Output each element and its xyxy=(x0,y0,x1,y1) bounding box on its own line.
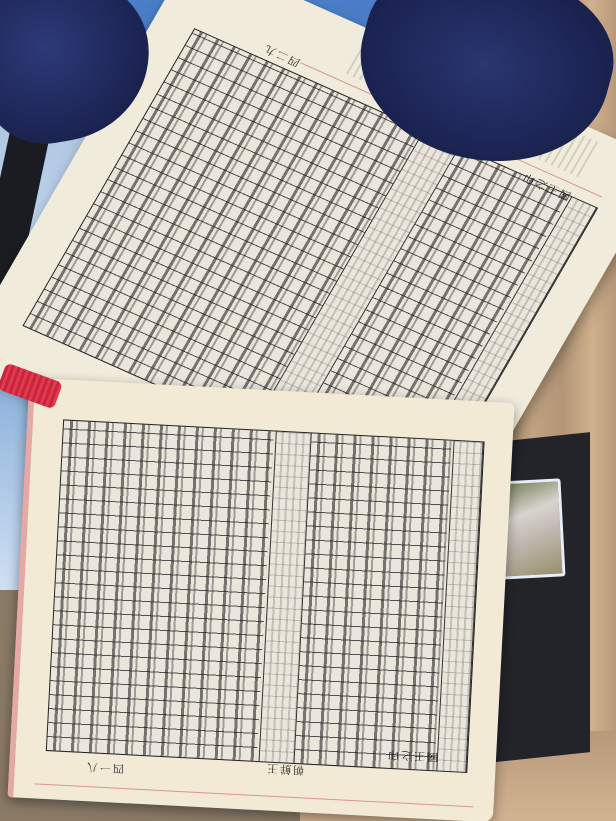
text-column-left xyxy=(47,420,274,761)
page-rule xyxy=(34,783,473,807)
page-footer-center: 朝鮮王 xyxy=(265,760,305,778)
page-number: 四一八 xyxy=(85,759,125,777)
photo-scene: 四二九 朝鮮王 國王之印 四一八 朝鮮王 國王之印 xyxy=(0,0,616,821)
lower-page: 四一八 朝鮮王 國王之印 xyxy=(7,378,514,821)
text-column-right xyxy=(295,433,452,770)
text-table xyxy=(46,419,485,773)
page-footer-right: 國王之印 xyxy=(386,747,439,766)
